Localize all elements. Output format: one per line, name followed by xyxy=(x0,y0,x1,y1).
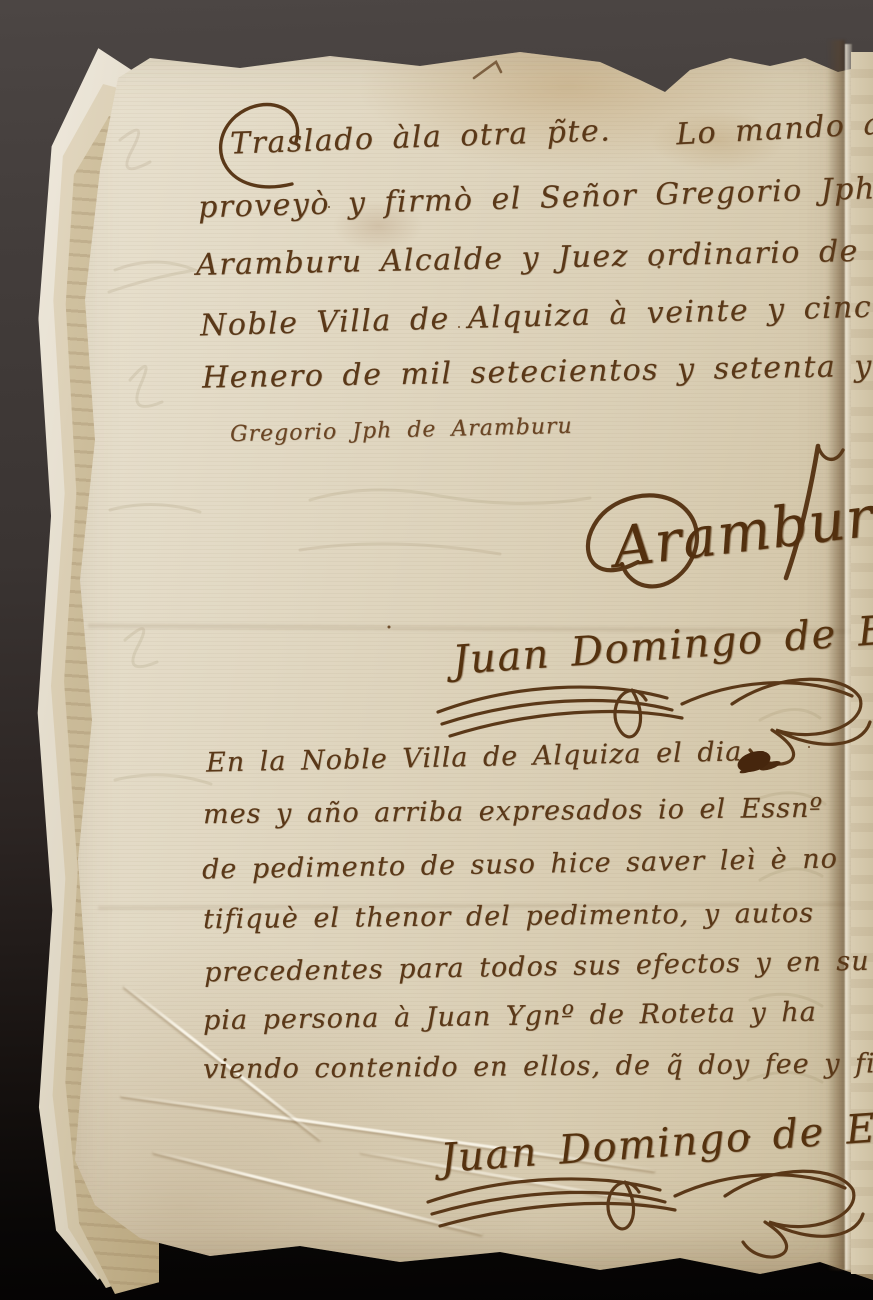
manuscript-line: viendo contenido en ellos, de q̃ doy fee… xyxy=(203,1048,873,1085)
manuscript-line: tifiquè el thenor del pedimento, y autos xyxy=(203,898,814,935)
archival-photo-scene: Traslado àla otra p̃te. Lo mando a prove… xyxy=(0,0,873,1300)
manuscript-line: mes y año arriba expresados io el Essnº xyxy=(203,793,823,830)
